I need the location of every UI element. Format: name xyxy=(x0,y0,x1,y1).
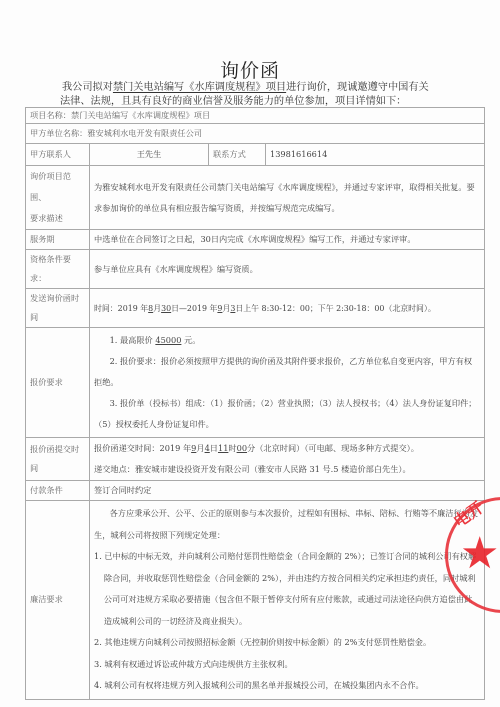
send-time-suffix: 日上午 8:30-12：00；下午 2:30-18：00（北京时间）。 xyxy=(235,304,435,313)
send-time-text: 时间：2019 年8月30日—2019 年9月3日上午 8:30-12：00；下… xyxy=(90,289,485,328)
send-time-sep2: 日—2019 年 xyxy=(171,304,217,313)
quote-item-1-prefix: 1. 最高限价 xyxy=(110,335,156,345)
submit-time-line: 报价函递交时间：2019 年9月4日11时00分（北京时间）（可电邮、现场多种方… xyxy=(94,438,480,459)
send-time-sep1: 月 xyxy=(153,304,161,313)
intro-prefix: 我公司拟对 xyxy=(62,82,113,93)
row-scope: 询价项目范围、 要求描述 为雅安城利水电开发有限责任公司禁门关电站编写《水库调度… xyxy=(26,166,485,230)
service-period-label: 服务期 xyxy=(26,230,90,250)
max-price: 45000 xyxy=(155,335,181,345)
scope-label-line1: 询价项目范围、 xyxy=(30,166,85,208)
intro-project-name: 禁门关电站编写《水库调度规程》项目 xyxy=(113,82,286,93)
project-name-cell: 项目名称：禁门关电站编写《水库调度规程》项目 xyxy=(26,108,485,124)
qualification-label: 资格条件要求： xyxy=(26,250,90,289)
row-project-name: 项目名称：禁门关电站编写《水库调度规程》项目 xyxy=(26,108,485,124)
seal-star-icon: ★ xyxy=(460,532,499,576)
row-integrity: 廉洁要求 各方应秉承公开、公平、公正的原则参与本次报价，过程如有围标、串标、陪标… xyxy=(26,501,485,700)
payment-text: 签订合同时约定 xyxy=(90,481,485,501)
submit-suffix: 分（北京时间）（可电邮、现场多种方式提交）。 xyxy=(247,443,419,453)
row-quote-requirements: 报价要求 1. 最高限价 45000 元。 2. 报价要求：报价必须按照甲方提供… xyxy=(26,328,485,438)
submit-sep2: 日 xyxy=(210,443,218,453)
submit-prefix: 报价函递交时间：2019 年 xyxy=(94,443,191,453)
scope-label-line2: 要求描述 xyxy=(30,208,85,229)
contact-label: 甲方联系人 xyxy=(26,144,90,166)
row-payment: 付款条件 签订合同时约定 xyxy=(26,481,485,501)
scope-label: 询价项目范围、 要求描述 xyxy=(26,166,90,230)
submit-sep1: 月 xyxy=(196,443,204,453)
row-submit-time: 报价函提交时间 报价函递交时间：2019 年9月4日11时00分（北京时间）（可… xyxy=(26,438,485,481)
integrity-item-1: 1. 已中标的中标无效，并向城利公司赔付惩罚性赔偿金（合同金额的 2%）；已签订… xyxy=(94,546,480,632)
quote-item-1: 1. 最高限价 45000 元。 xyxy=(94,330,480,351)
intro-suffix: 进行询价，现诚邀遵守中国有关 xyxy=(286,82,429,93)
quote-req-content: 1. 最高限价 45000 元。 2. 报价要求：报价必须按照甲方提供的询价函及… xyxy=(90,328,485,438)
quote-item-1-suffix: 元。 xyxy=(181,335,200,345)
integrity-item-2: 2. 其他违规方向城利公司按照招标金额（无控制价则按中标金额）的 2%支付惩罚性… xyxy=(94,632,480,654)
submit-hour: 11 xyxy=(218,443,228,453)
contact-phone: 13981616614 xyxy=(266,144,485,166)
inquiry-form-table: 项目名称：禁门关电站编写《水库调度规程》项目 甲方单位名称：雅安城利水电开发有限… xyxy=(25,107,485,700)
integrity-content: 各方应秉承公开、公平、公正的原则参与本次报价，过程如有围标、串标、陪标、行贿等不… xyxy=(90,501,485,700)
quote-item-2: 2. 报价要求：报价必须按照甲方提供的询价函及其附件要求报价，乙方单位私自变更内… xyxy=(94,351,480,393)
document-title: 询价函 xyxy=(0,56,500,83)
row-send-time: 发送询价函时间 时间：2019 年8月30日—2019 年9月3日上午 8:30… xyxy=(26,289,485,328)
intro-line-1: 我公司拟对禁门关电站编写《水库调度规程》项目进行询价，现诚邀遵守中国有关 xyxy=(62,81,462,95)
submit-minute: 00 xyxy=(237,443,247,453)
integrity-label: 廉洁要求 xyxy=(26,501,90,700)
contact-value: 王先生 xyxy=(90,144,209,166)
send-time-label: 发送询价函时间 xyxy=(26,289,90,328)
row-party-a: 甲方单位名称：雅安城利水电开发有限责任公司 xyxy=(26,124,485,144)
submit-sep3: 时 xyxy=(228,443,236,453)
submit-time-content: 报价函递交时间：2019 年9月4日11时00分（北京时间）（可电邮、现场多种方… xyxy=(90,438,485,481)
integrity-intro: 各方应秉承公开、公平、公正的原则参与本次报价，过程如有围标、串标、陪标、行贿等不… xyxy=(94,503,480,546)
row-service-period: 服务期 中选单位在合同签订之日起，30日内完成《水库调度规程》编写工作，并通过专… xyxy=(26,230,485,250)
intro-paragraph: 我公司拟对禁门关电站编写《水库调度规程》项目进行询价，现诚邀遵守中国有关 法律、… xyxy=(62,81,462,109)
send-time-prefix: 时间：2019 年 xyxy=(94,304,148,313)
submit-time-label: 报价函提交时间 xyxy=(26,438,90,481)
payment-label: 付款条件 xyxy=(26,481,90,501)
scope-text: 为雅安城利水电开发有限责任公司禁门关电站编写《水库调度规程》，并通过专家评审，取… xyxy=(90,166,485,230)
row-contact: 甲方联系人 王先生 联系方式 13981616614 xyxy=(26,144,485,166)
qualification-text: 参与单位应具有《水库调度规程》编写资质。 xyxy=(90,250,485,289)
integrity-item-3: 3. 城利有权通过诉讼或仲裁方式向违规供方主张权利。 xyxy=(94,654,480,676)
service-period-text: 中选单位在合同签订之日起，30日内完成《水库调度规程》编写工作，并通过专家评审。 xyxy=(90,230,485,250)
quote-req-label: 报价要求 xyxy=(26,328,90,438)
party-a-name-cell: 甲方单位名称：雅安城利水电开发有限责任公司 xyxy=(26,124,485,144)
send-day-start: 30 xyxy=(161,304,171,313)
submit-place: 递交地点：雅安城市建设投资开发有限公司（雅安市人民路 31 号.5 楼造价部白先… xyxy=(94,459,480,480)
contact-method-label: 联系方式 xyxy=(209,144,266,166)
row-qualification: 资格条件要求： 参与单位应具有《水库调度规程》编写资质。 xyxy=(26,250,485,289)
quote-item-3: 3. 报价单（投标书）组成：（1）报价函；（2）营业执照；（3）法人授权书；（4… xyxy=(94,393,480,435)
integrity-item-4: 4. 城利公司有权将违规方列入报城利公司的黑名单并报城投公司，在城投集团内永不合… xyxy=(94,675,480,697)
